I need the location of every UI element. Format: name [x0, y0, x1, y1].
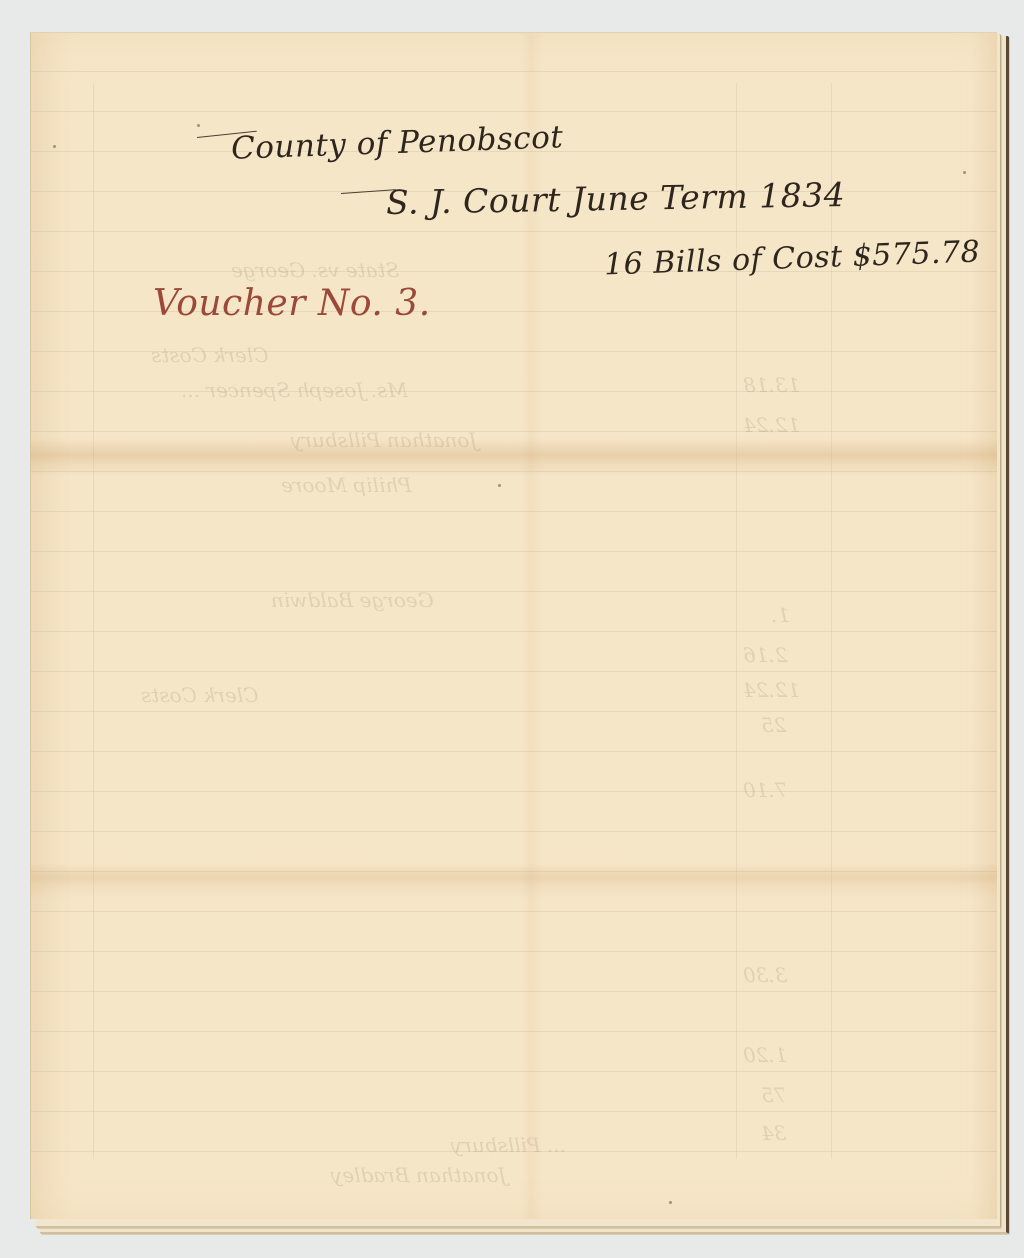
paper-speck [53, 145, 56, 148]
court-term-heading: S. J. Court June Term 1834 [386, 175, 846, 222]
scanned-document: State vs. George Clerk Costs Ms. Joseph … [0, 0, 1024, 1258]
ruled-line [31, 511, 997, 512]
ruled-line [31, 391, 997, 392]
ruled-line [31, 1031, 997, 1032]
ledger-column-line [93, 83, 94, 1159]
ruled-line [31, 991, 997, 992]
ruled-line [31, 951, 997, 952]
ruled-line [31, 711, 997, 712]
ruled-line [31, 111, 997, 112]
bleed-through-text: Philip Moore [281, 473, 412, 497]
ruled-line [31, 671, 997, 672]
ruled-line [31, 231, 997, 232]
bleed-through-amount: 12.24 [743, 413, 800, 437]
ruled-line [31, 71, 997, 72]
bleed-through-text: George Baldwin [271, 588, 434, 612]
bleed-through-amount: 2.16 [743, 643, 788, 667]
ruled-line [31, 591, 997, 592]
bills-of-cost-summary: 16 Bills of Cost $575.78 [604, 234, 981, 282]
document-page: State vs. George Clerk Costs Ms. Joseph … [30, 32, 997, 1219]
bleed-through-amount: 25 [761, 713, 786, 737]
bleed-through-text: Ms. Joseph Spencer ... [181, 378, 408, 402]
bleed-through-text: ... Pillsbury [451, 1133, 566, 1157]
paper-speck [963, 171, 966, 174]
bleed-through-text: Clerk Costs [151, 343, 268, 367]
bleed-through-text: Clerk Costs [141, 683, 258, 707]
bleed-through-text: State vs. George [231, 258, 399, 282]
ruled-line [31, 1111, 997, 1112]
ruled-line [31, 551, 997, 552]
paper-speck [197, 124, 200, 127]
paper-speck [498, 484, 501, 487]
bleed-through-amount: 13.18 [743, 373, 800, 397]
ruled-line [31, 791, 997, 792]
bleed-through-text: Jonathan Pillsbury [291, 428, 477, 452]
ruled-line [31, 431, 997, 432]
bleed-through-amount: 75 [761, 1083, 786, 1107]
ruled-line [31, 911, 997, 912]
ruled-line [31, 831, 997, 832]
bleed-through-amount: 7.10 [743, 778, 788, 802]
county-heading: County of Penobscot [230, 119, 563, 167]
bleed-through-amount: 3.30 [743, 963, 788, 987]
ruled-line [31, 471, 997, 472]
ruled-line [31, 751, 997, 752]
bleed-through-amount: 34 [761, 1121, 786, 1145]
bleed-through-text: Jonathan Bradley [331, 1163, 506, 1187]
bleed-through-amount: 1. [771, 603, 790, 627]
bleed-through-amount: 1.20 [743, 1043, 788, 1067]
voucher-number: Voucher No. 3. [153, 283, 431, 324]
ruled-line [31, 631, 997, 632]
ruled-line [31, 1071, 997, 1072]
paper-speck [669, 1201, 672, 1204]
bleed-through-amount: 12.24 [743, 678, 800, 702]
ruled-line [31, 871, 997, 872]
